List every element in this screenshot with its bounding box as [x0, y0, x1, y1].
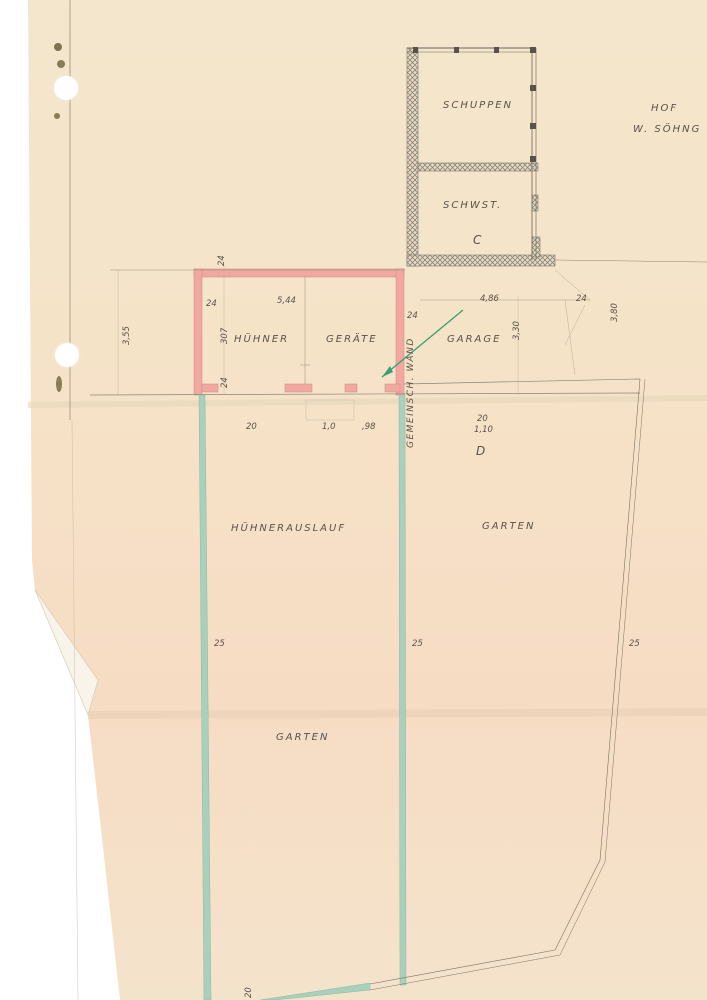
- label-garten-lower: GARTEN: [276, 732, 329, 743]
- dim-strip-25-left: 25: [214, 639, 225, 649]
- dim-garage-24: 24: [576, 294, 587, 304]
- dim-gap-20: 20: [246, 422, 257, 432]
- dim-total-355: 3,55: [122, 326, 132, 345]
- site-plan-sheet: SCHUPPEN SCHWST. C HOF W. SÖHNG HÜHNER G…: [0, 0, 707, 1000]
- dim-left-wall-24: 24: [206, 299, 217, 309]
- dim-width-544: 5,44: [277, 296, 296, 306]
- dim-right-wall-24: 24: [407, 311, 418, 321]
- dim-gap-20b: 20: [477, 414, 488, 424]
- dim-garage-330: 3,30: [512, 321, 522, 340]
- label-garten-right: GARTEN: [482, 521, 535, 532]
- dim-gap-98: ,98: [362, 422, 376, 432]
- dim-garage-486: 4,86: [480, 294, 499, 304]
- dim-top-wall-24: 24: [217, 255, 227, 266]
- label-hof-owner: W. SÖHNG: [633, 124, 701, 135]
- label-geraete: GERÄTE: [326, 334, 378, 345]
- marker-d: D: [476, 444, 487, 458]
- dim-strip-25-right: 25: [629, 639, 640, 649]
- label-garage: GARAGE: [447, 334, 501, 345]
- dim-lower-wall-24: 24: [220, 377, 230, 388]
- punch-hole-top: [54, 76, 78, 100]
- label-hof: HOF: [651, 103, 678, 114]
- site-plan-drawing: [0, 0, 707, 1000]
- dim-garage-380: 3,80: [610, 303, 620, 322]
- label-gemeinschaftswand: GEMEINSCH. WAND: [406, 337, 416, 448]
- label-huehnerauslauf: HÜHNERAUSLAUF: [231, 523, 346, 534]
- dim-strip-25-mid: 25: [412, 639, 423, 649]
- punch-hole-middle: [55, 343, 79, 367]
- label-schuppen: SCHUPPEN: [443, 100, 513, 111]
- dim-gap-10: 1,0: [322, 422, 336, 432]
- dim-gap-110: 1,10: [474, 425, 493, 435]
- marker-c: C: [473, 233, 483, 247]
- dim-height-307: 307: [220, 328, 230, 344]
- label-huehner: HÜHNER: [234, 334, 289, 345]
- dim-bottom-20: 20: [244, 987, 254, 998]
- label-schwst: SCHWST.: [443, 200, 502, 211]
